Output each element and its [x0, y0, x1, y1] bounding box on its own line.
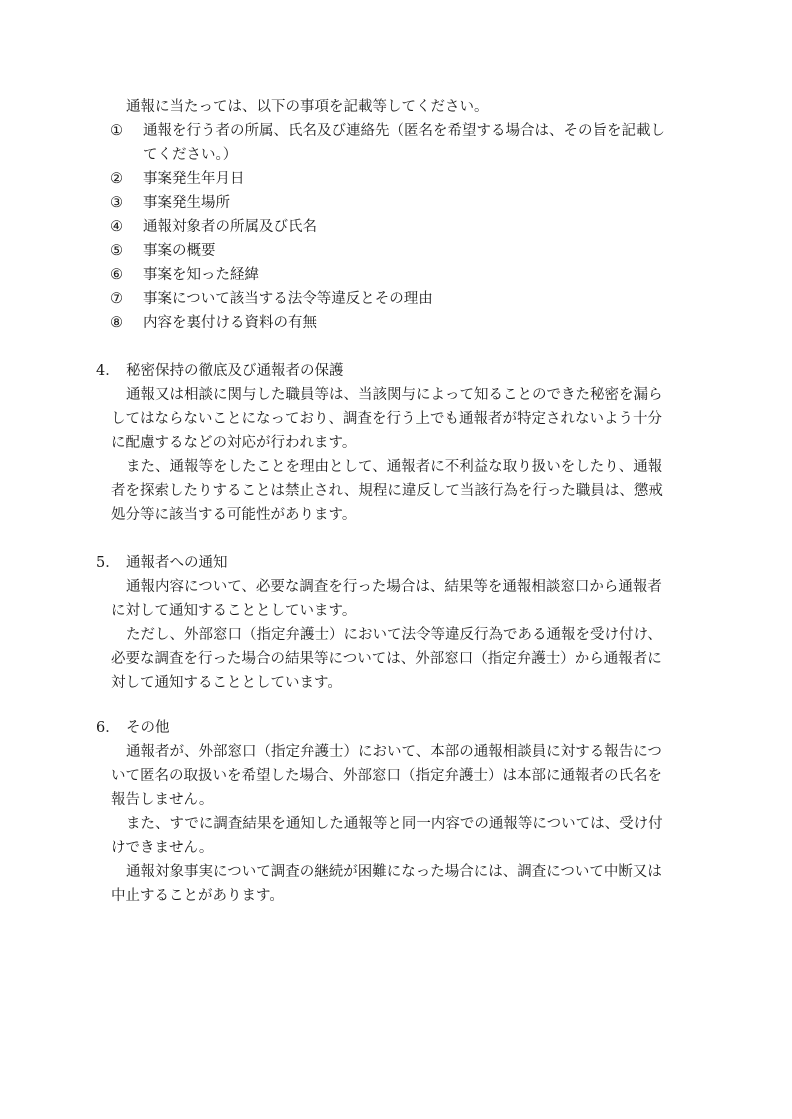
section-heading: その他 — [126, 718, 170, 738]
list-item-text: 通報を行う者の所属、氏名及び連絡先（匿名を希望する場合は、その旨を記載し — [143, 121, 665, 141]
paragraph-line: に対して通知することとしています。 — [111, 601, 356, 621]
paragraph-line: 必要な調査を行った場合の結果等については、外部窓口（指定弁護士）から通報者に — [111, 649, 662, 669]
paragraph-line: 中止することがあります。 — [111, 886, 284, 906]
paragraph-line: 通報又は相談に関与した職員等は、当該関与によって知ることのできた秘密を漏ら — [126, 385, 663, 405]
list-item-text: 通報対象者の所属及び氏名 — [143, 217, 317, 237]
list-marker: ⑦ — [110, 289, 123, 309]
paragraph-line: 対して通知することとしています。 — [111, 673, 342, 693]
paragraph-line: また、すでに調査結果を通知した通報等と同一内容での通報等については、受け付 — [126, 814, 663, 834]
paragraph-line: 通報内容について、必要な調査を行った場合は、結果等を通報相談窓口から通報者 — [126, 577, 662, 597]
paragraph-line: してはならないことになっており、調査を行う上でも通報者が特定されないよう十分 — [111, 409, 662, 429]
list-marker: ② — [110, 169, 123, 189]
list-marker: ⑤ — [110, 241, 123, 261]
list-item-text: 事案について該当する法令等違反とその理由 — [143, 289, 433, 309]
intro-text: 通報に当たっては、以下の事項を記載等してください。 — [126, 97, 489, 117]
list-item-text: てください。） — [143, 145, 237, 165]
section-number: 5． — [96, 553, 120, 573]
list-item-text: 事案を知った経緯 — [143, 265, 259, 285]
paragraph-line: 通報対象事実について調査の継続が困難になった場合には、調査について中断又は — [126, 862, 662, 882]
section-number: 4． — [96, 361, 120, 381]
section-heading: 通報者への通知 — [126, 553, 228, 573]
section-heading: 秘密保持の徹底及び通報者の保護 — [126, 361, 344, 381]
list-marker: ① — [110, 121, 123, 141]
section-number: 6． — [96, 718, 120, 738]
list-item-text: 事案発生場所 — [143, 193, 230, 213]
paragraph-line: 処分等に該当する可能性があります。 — [111, 505, 356, 525]
list-item-text: 内容を裏付ける資料の有無 — [143, 313, 317, 333]
list-marker: ③ — [110, 193, 123, 213]
paragraph-line: 報告しません。 — [111, 790, 213, 810]
paragraph-line: けできません。 — [111, 838, 213, 858]
list-item-text: 事案の概要 — [143, 241, 216, 261]
paragraph-line: 通報者が、外部窓口（指定弁護士）において、本部の通報相談員に対する報告につ — [126, 742, 662, 762]
paragraph-line: に配慮するなどの対応が行われます。 — [111, 433, 356, 453]
paragraph-line: ただし、外部窓口（指定弁護士）において法令等違反行為である通報を受け付け、 — [126, 625, 662, 645]
paragraph-line: いて匿名の取扱いを希望した場合、外部窓口（指定弁護士）は本部に通報者の氏名を — [111, 766, 662, 786]
paragraph-line: また、通報等をしたことを理由として、通報者に不利益な取り扱いをしたり、通報 — [126, 457, 662, 477]
list-item-text: 事案発生年月日 — [143, 169, 245, 189]
list-marker: ④ — [110, 217, 123, 237]
list-marker: ⑥ — [110, 265, 123, 285]
list-marker: ⑧ — [110, 313, 123, 333]
paragraph-line: 者を探索したりすることは禁止され、規程に違反して当該行為を行った職員は、懲戒 — [111, 481, 663, 501]
